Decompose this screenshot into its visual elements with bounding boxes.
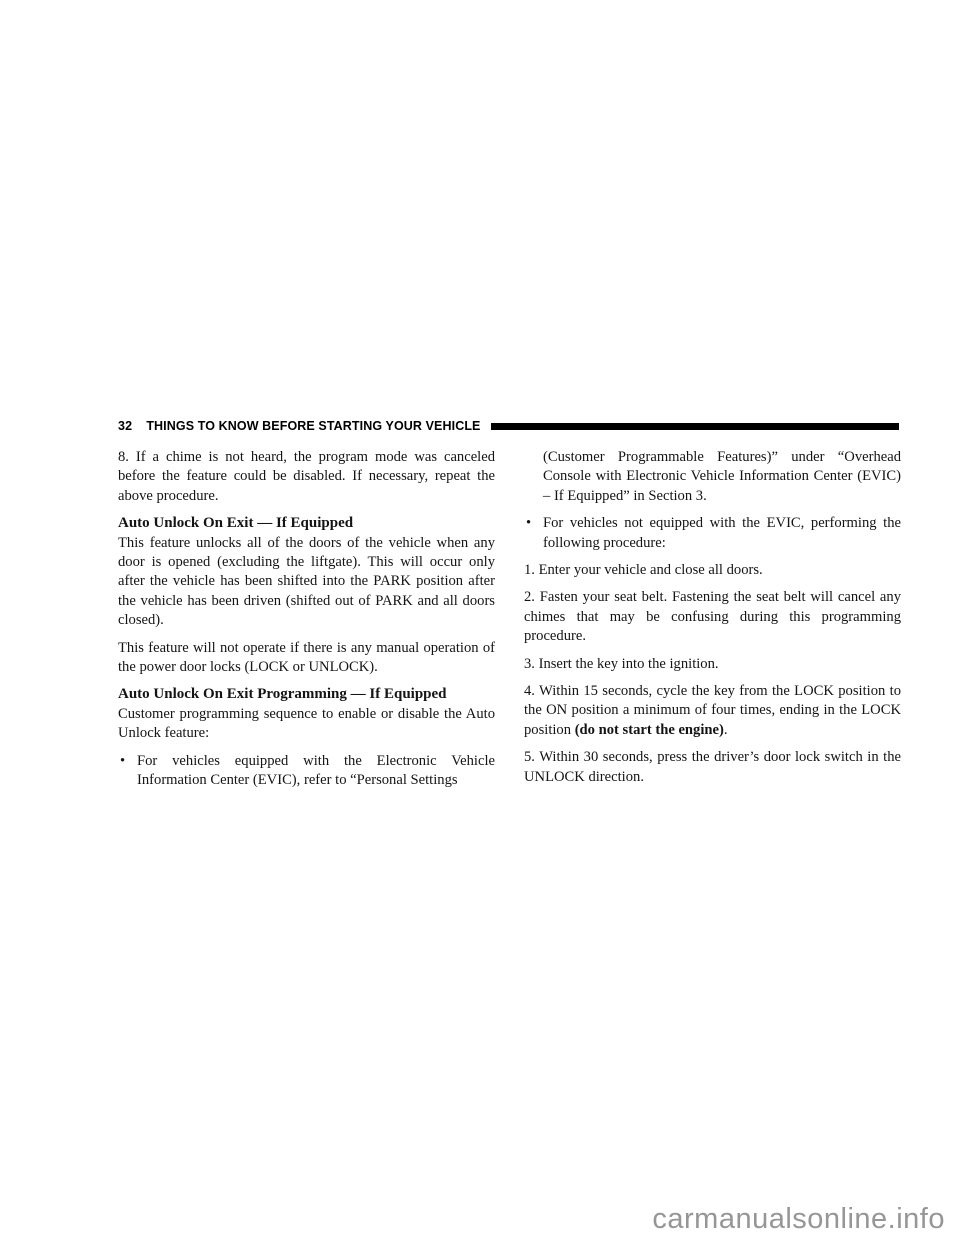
paragraph-customer-sequence: Customer programming sequence to enable …	[118, 705, 495, 744]
step-1: 1. Enter your vehicle and close all door…	[524, 561, 901, 580]
step-3: 3. Insert the key into the ignition.	[524, 655, 901, 674]
heading-auto-unlock-programming: Auto Unlock On Exit Programming — If Equ…	[118, 685, 495, 704]
step-4: 4. Within 15 seconds, cycle the key from…	[524, 682, 901, 740]
step-2: 2. Fasten your seat belt. Fastening the …	[524, 588, 901, 646]
step-4-bold-text: (do not start the engine)	[575, 722, 724, 738]
page-title: THINGS TO KNOW BEFORE STARTING YOUR VEHI…	[146, 419, 480, 433]
heading-auto-unlock-on-exit: Auto Unlock On Exit — If Equipped	[118, 514, 495, 533]
two-column-body: 8. If a chime is not heard, the program …	[118, 448, 901, 799]
paragraph-step-8: 8. If a chime is not heard, the program …	[118, 448, 495, 506]
bullet-item-evic-equipped: • For vehicles equipped with the Electro…	[118, 752, 495, 791]
page-number: 32	[118, 419, 132, 433]
bullet-item-not-equipped: • For vehicles not equipped with the EVI…	[524, 514, 901, 553]
bullet-text-evic-equipped: For vehicles equipped with the Electroni…	[137, 752, 495, 791]
right-column: (Customer Programmable Features)” under …	[524, 448, 901, 799]
paragraph-continuation: (Customer Programmable Features)” under …	[524, 448, 901, 506]
paragraph-feature-unlocks: This feature unlocks all of the doors of…	[118, 534, 495, 631]
paragraph-not-operate: This feature will not operate if there i…	[118, 639, 495, 678]
bullet-text-not-equipped: For vehicles not equipped with the EVIC,…	[543, 514, 901, 553]
watermark: carmanualsonline.info	[652, 1203, 945, 1236]
step-5: 5. Within 30 seconds, press the driver’s…	[524, 748, 901, 787]
manual-page: 32 THINGS TO KNOW BEFORE STARTING YOUR V…	[0, 0, 960, 1242]
bullet-icon: •	[118, 752, 137, 791]
step-4-period: .	[724, 722, 728, 738]
header-rule	[491, 423, 900, 430]
page-header: 32 THINGS TO KNOW BEFORE STARTING YOUR V…	[118, 419, 899, 433]
left-column: 8. If a chime is not heard, the program …	[118, 448, 495, 799]
bullet-icon: •	[524, 514, 543, 553]
